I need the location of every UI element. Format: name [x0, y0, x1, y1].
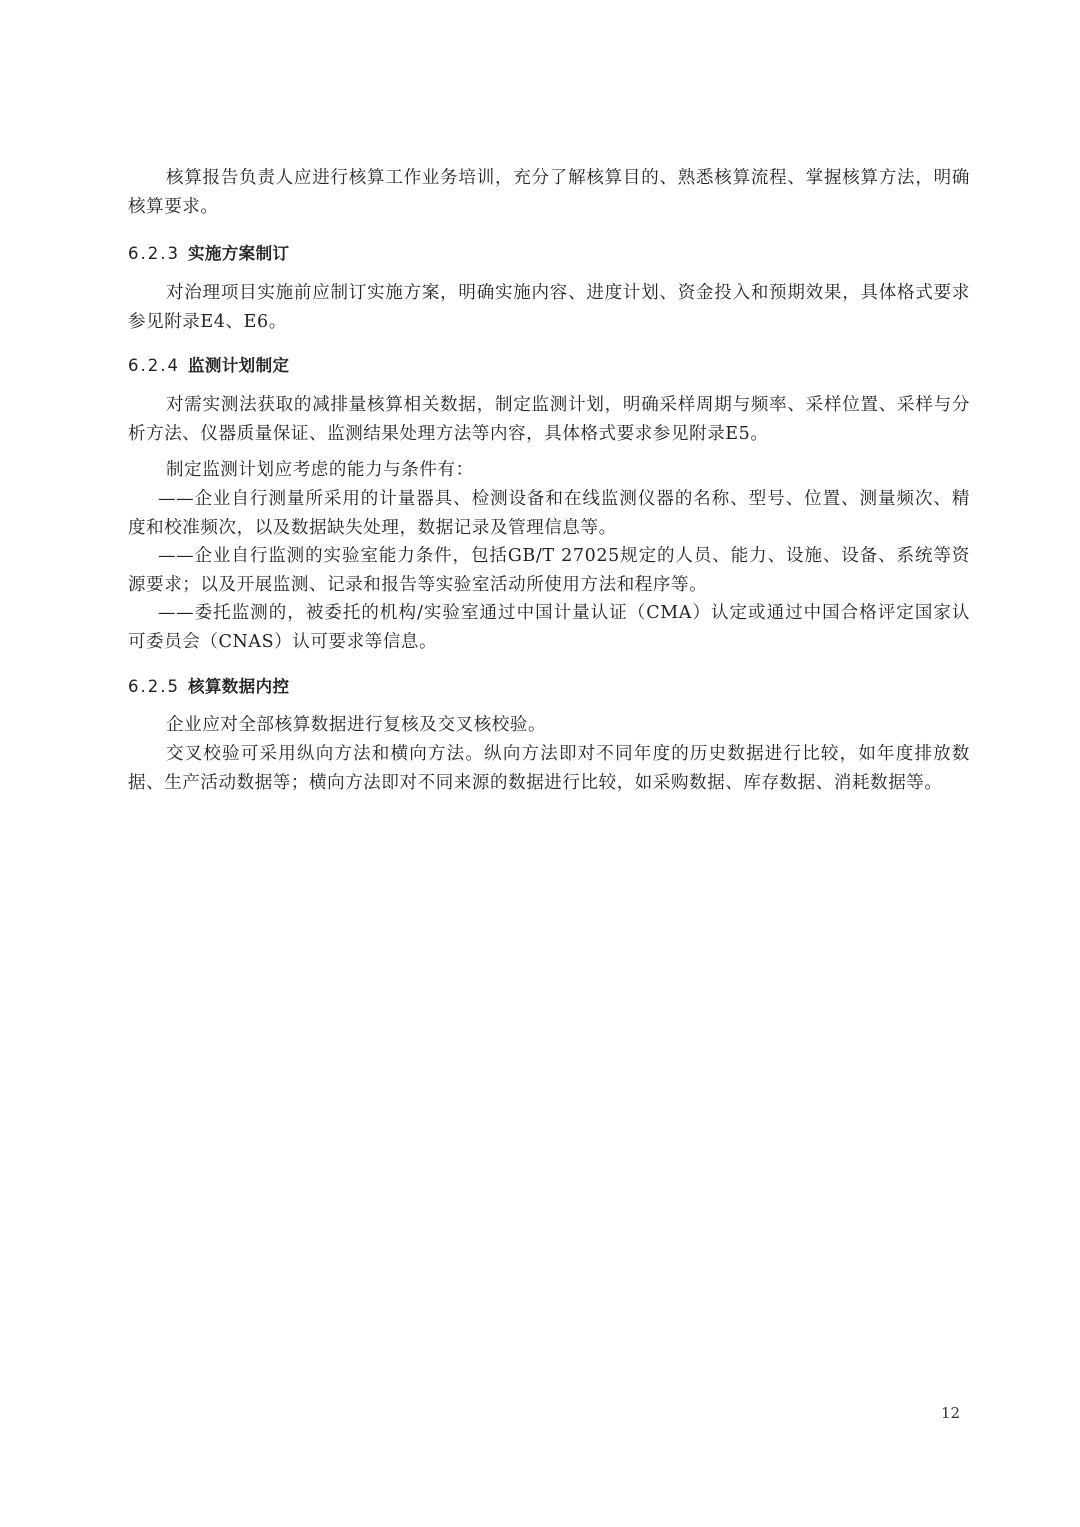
section-number: 6.2.5: [128, 677, 180, 696]
paragraph-implementation-plan: 对治理项目实施前应制订实施方案，明确实施内容、进度计划、资金投入和预期效果，具体…: [128, 279, 970, 337]
document-page: 核算报告负责人应进行核算工作业务培训，充分了解核算目的、熟悉核算流程、掌握核算方…: [0, 0, 1080, 1527]
section-heading-6-2-4: 6.2.4监测计划制定: [128, 352, 289, 376]
section-title: 核算数据内控: [188, 677, 289, 696]
list-item-self-measurement: ——企业自行测量所采用的计量器具、检测设备和在线监测仪器的名称、型号、位置、测量…: [128, 485, 970, 543]
section-heading-6-2-3: 6.2.3实施方案制订: [128, 240, 289, 264]
list-item-lab-capability: ——企业自行监测的实验室能力条件，包括GB/T 27025规定的人员、能力、设施…: [128, 542, 970, 600]
section-number: 6.2.3: [128, 244, 180, 263]
section-number: 6.2.4: [128, 356, 180, 375]
section-title: 监测计划制定: [188, 356, 289, 375]
page-number: 12: [941, 1404, 960, 1422]
paragraph-conditions-intro: 制定监测计划应考虑的能力与条件有：: [128, 456, 970, 485]
paragraph-training: 核算报告负责人应进行核算工作业务培训，充分了解核算目的、熟悉核算流程、掌握核算方…: [128, 164, 970, 222]
section-heading-6-2-5: 6.2.5核算数据内控: [128, 673, 289, 697]
paragraph-data-review: 企业应对全部核算数据进行复核及交叉核校验。: [128, 711, 970, 740]
list-item-commissioned-monitoring: ——委托监测的，被委托的机构/实验室通过中国计量认证（CMA）认定或通过中国合格…: [128, 599, 970, 657]
section-title: 实施方案制订: [188, 244, 289, 263]
paragraph-cross-validation: 交叉校验可采用纵向方法和横向方法。纵向方法即对不同年度的历史数据进行比较，如年度…: [128, 740, 970, 798]
paragraph-monitoring-plan: 对需实测法获取的减排量核算相关数据，制定监测计划，明确采样周期与频率、采样位置、…: [128, 391, 970, 449]
